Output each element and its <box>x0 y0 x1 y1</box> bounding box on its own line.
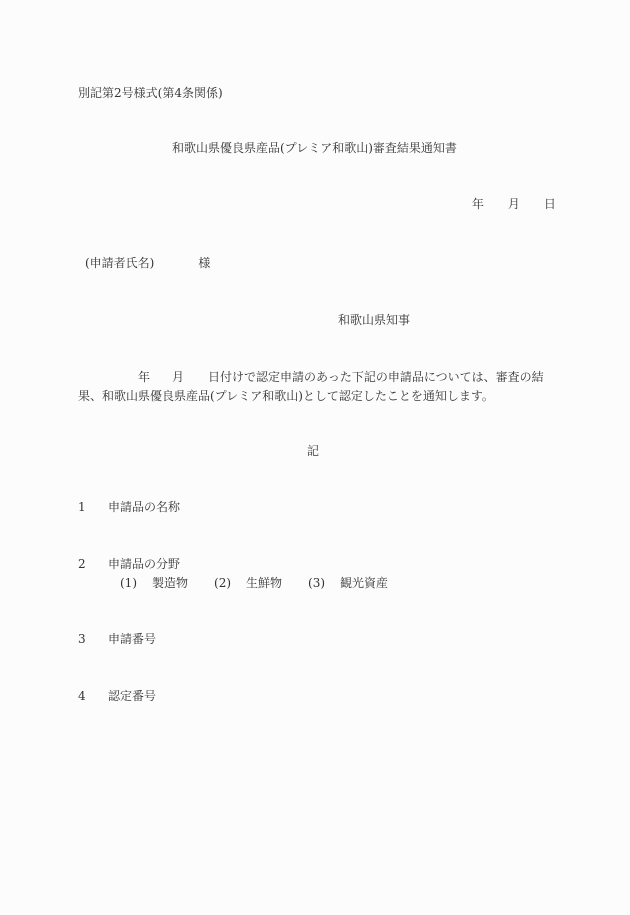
category-options: (1)製造物(2)生鮮物(3)観光資産 <box>120 576 388 590</box>
ki-heading: 記 <box>307 444 319 458</box>
item-application-number: 3申請番号 <box>78 632 156 646</box>
item-certification-number: 4認定番号 <box>78 689 156 703</box>
item-number: 2 <box>78 557 108 571</box>
form-label: 別記第2号様式(第4条関係) <box>78 86 223 100</box>
body-line-1-text: 日付けで認定申請のあった下記の申請品については、審査の結 <box>208 370 544 384</box>
category-option-tourism: (3)観光資産 <box>308 576 388 590</box>
date-day-label: 日 <box>544 197 556 211</box>
item-number: 4 <box>78 689 108 703</box>
body-month-label: 月 <box>172 370 184 384</box>
item-product-name: 1申請品の名称 <box>78 500 180 514</box>
item-label: 申請品の分野 <box>108 557 180 571</box>
recipient-name-label: (申請者氏名) <box>85 256 154 270</box>
date-month-label: 月 <box>508 197 520 211</box>
body-line-1: 年月日付けで認定申請のあった下記の申請品については、審査の結 <box>78 368 544 387</box>
recipient-line: (申請者氏名)様 <box>85 256 210 270</box>
item-label: 認定番号 <box>108 689 156 703</box>
category-option-fresh: (2)生鮮物 <box>214 576 282 590</box>
recipient-honorific: 様 <box>198 256 210 270</box>
sender-name: 和歌山県知事 <box>338 313 410 327</box>
date-year-label: 年 <box>472 197 484 211</box>
item-product-category: 2申請品の分野 <box>78 557 180 571</box>
item-label: 申請番号 <box>108 632 156 646</box>
body-year-label: 年 <box>138 370 150 384</box>
item-label: 申請品の名称 <box>108 500 180 514</box>
item-number: 1 <box>78 500 108 514</box>
category-option-manufactured: (1)製造物 <box>120 576 188 590</box>
date-field: 年月日 <box>444 197 556 211</box>
body-line-2: 果、和歌山県優良県産品(プレミア和歌山)として認定したことを通知します。 <box>78 387 544 406</box>
notification-body: 年月日付けで認定申請のあった下記の申請品については、審査の結 果、和歌山県優良県… <box>78 368 544 406</box>
item-number: 3 <box>78 632 108 646</box>
document-title: 和歌山県優良県産品(プレミア和歌山)審査結果通知書 <box>172 141 457 155</box>
